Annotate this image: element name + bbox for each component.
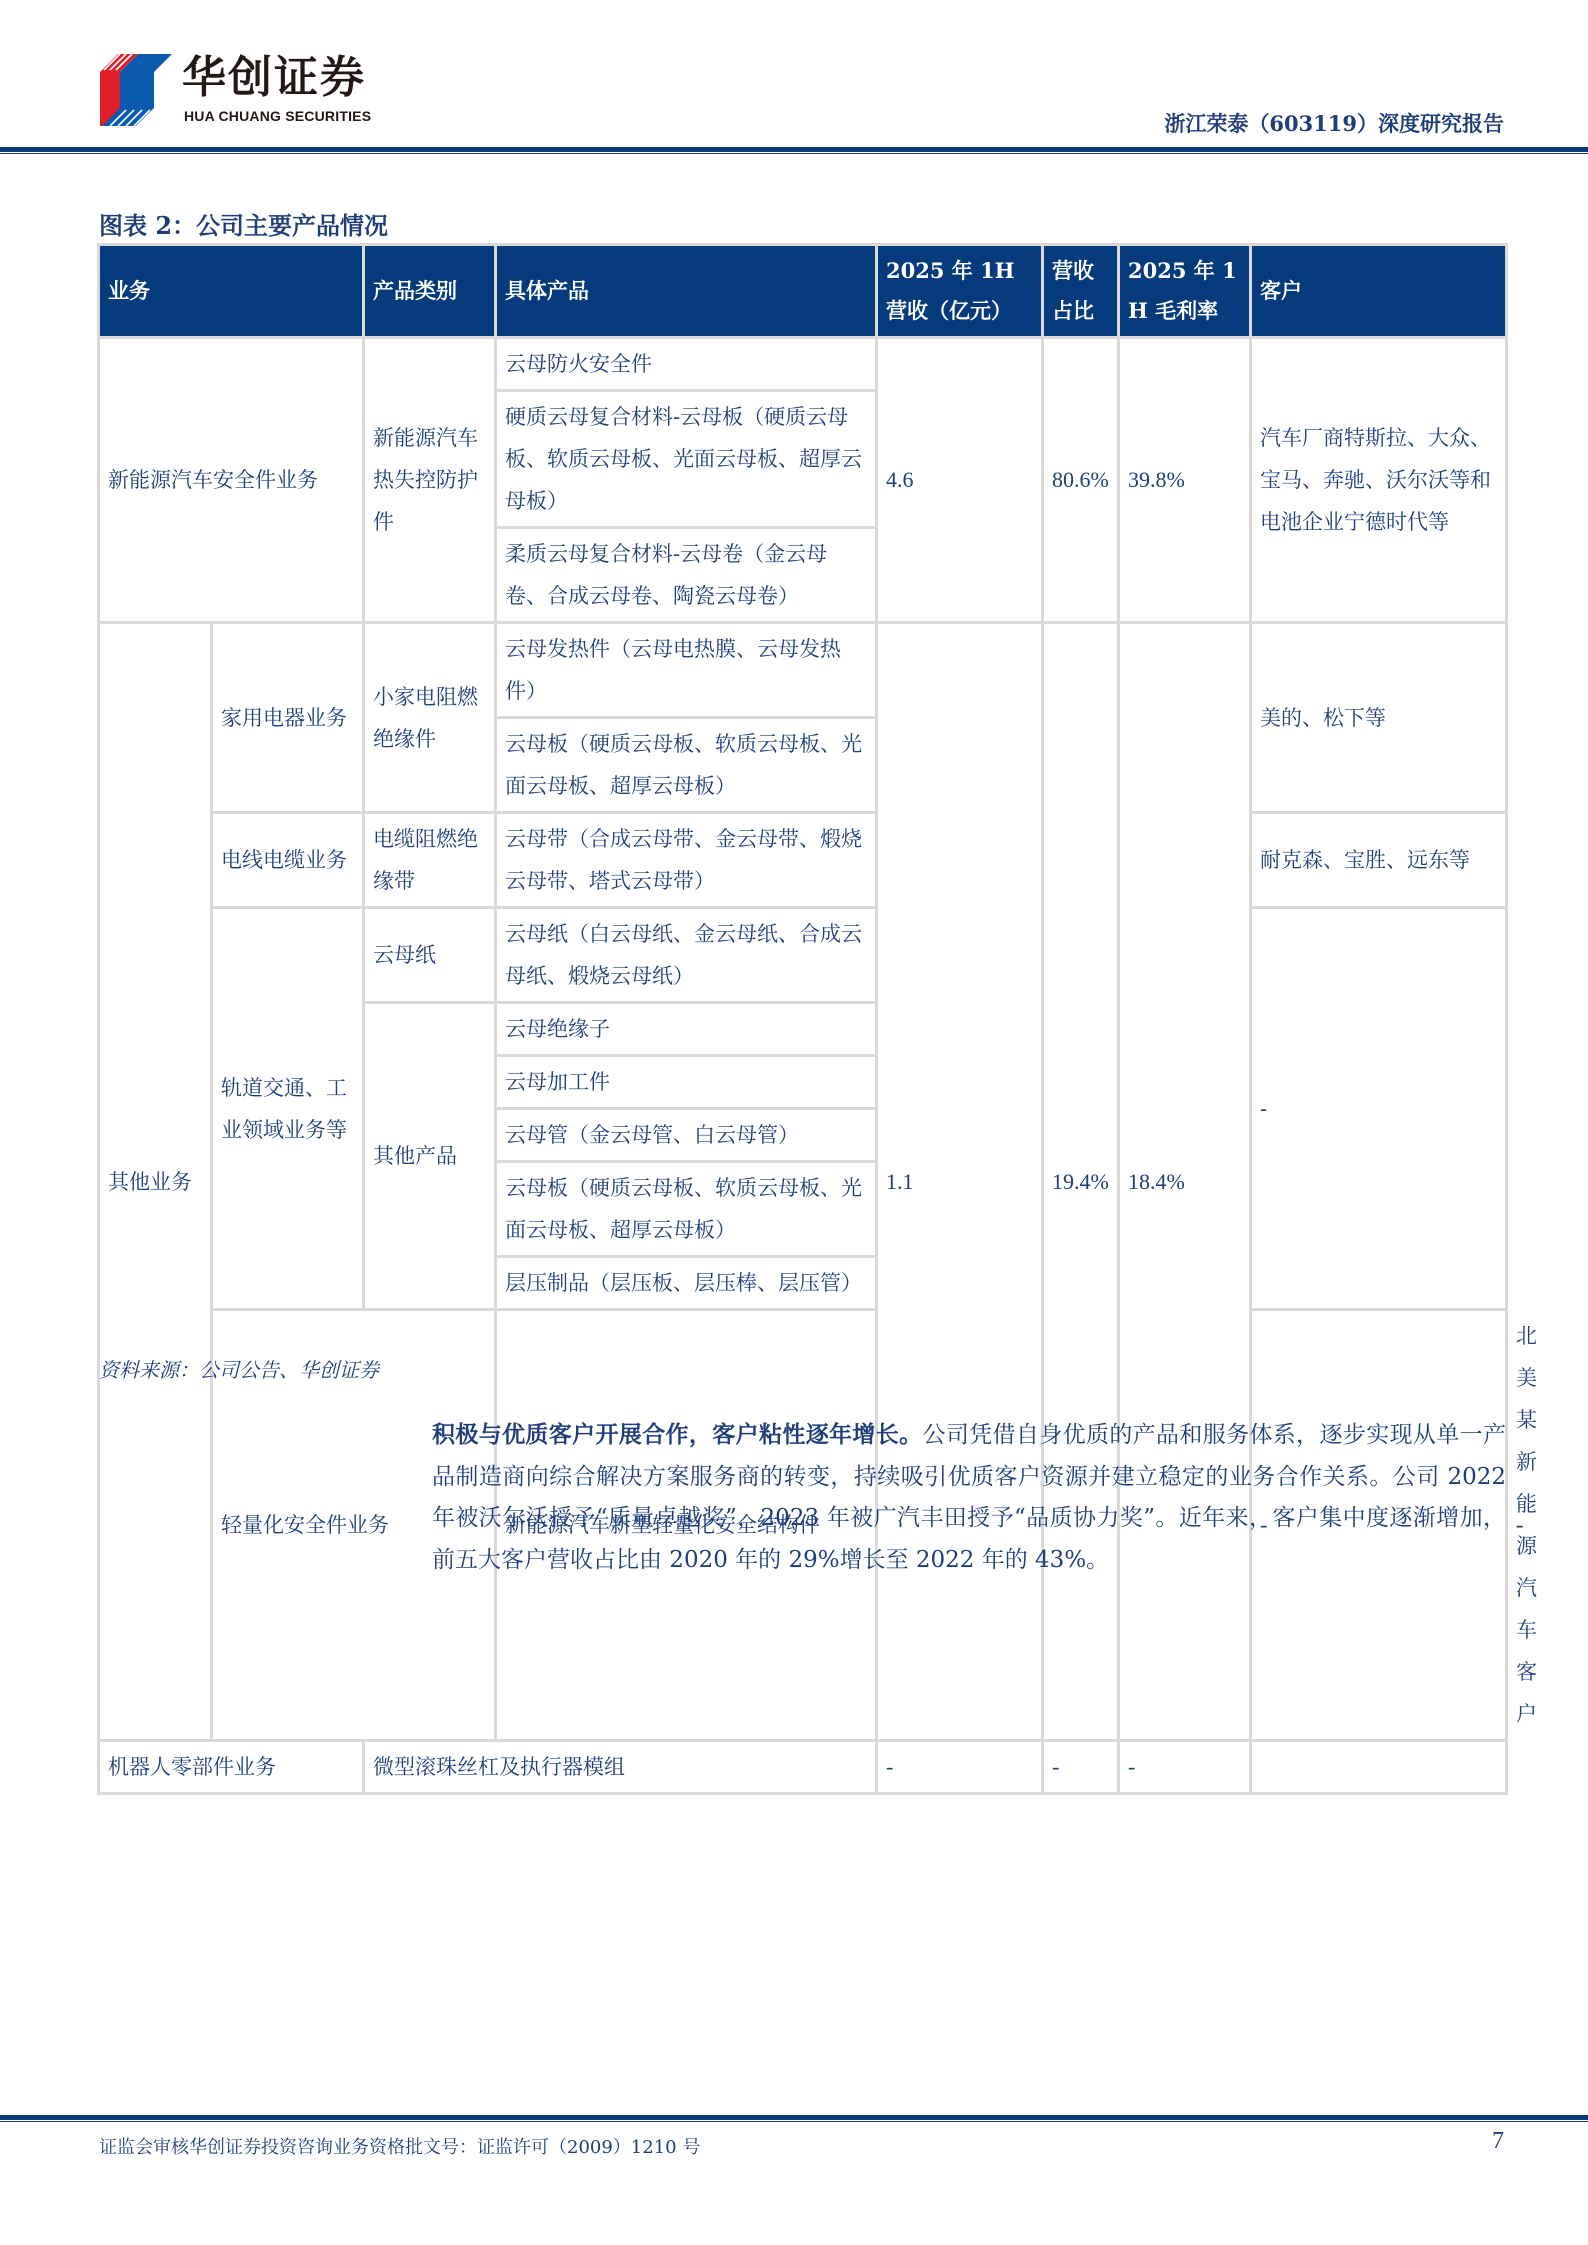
header-margin: 2025 年 1H 毛利率 bbox=[1119, 245, 1251, 338]
cell-customers bbox=[1251, 1741, 1507, 1794]
cell-product: 云母带（合成云母带、金云母带、煅烧云母带、塔式云母带） bbox=[496, 813, 877, 908]
table-row: 其他业务 家用电器业务 小家电阻燃绝缘件 云母发热件（云母电热膜、云母发热件） … bbox=[99, 623, 1507, 718]
cell-business: 机器人零部件业务 bbox=[99, 1741, 364, 1794]
cell-product: 云母防火安全件 bbox=[496, 338, 877, 391]
cell-product: 云母板（硬质云母板、软质云母板、光面云母板、超厚云母板） bbox=[496, 718, 877, 813]
footer-license: 证监会审核华创证券投资咨询业务资格批文号：证监许可（2009）1210 号 bbox=[99, 2133, 700, 2159]
cell-sub-business: 电线电缆业务 bbox=[212, 813, 364, 908]
company-logo: 华创证券 HUA CHUANG SECURITIES bbox=[100, 52, 400, 132]
report-title: 浙江荣泰（603119）深度研究报告 bbox=[1164, 108, 1504, 138]
cell-margin: 39.8% bbox=[1119, 338, 1251, 623]
cell-category: 其他产品 bbox=[364, 1003, 496, 1310]
cell-sub-business: 家用电器业务 bbox=[212, 623, 364, 813]
cell-product: 云母加工件 bbox=[496, 1056, 877, 1109]
header-share: 营收占比 bbox=[1043, 245, 1119, 338]
body-paragraph: 积极与优质客户开展合作，客户粘性逐年增长。公司凭借自身优质的产品和服务体系，逐步… bbox=[432, 1414, 1506, 1581]
header-revenue: 2025 年 1H 营收（亿元） bbox=[877, 245, 1043, 338]
page-header: 华创证券 HUA CHUANG SECURITIES 浙江荣泰（603119）深… bbox=[0, 0, 1588, 160]
figure-title: 图表 2：公司主要产品情况 bbox=[99, 206, 388, 241]
cell-margin: - bbox=[1119, 1741, 1251, 1794]
cell-share: 80.6% bbox=[1043, 338, 1119, 623]
cell-category: 云母纸 bbox=[364, 908, 496, 1003]
page-number: 7 bbox=[1492, 2128, 1504, 2155]
cell-product: 云母绝缘子 bbox=[496, 1003, 877, 1056]
table-header-row: 业务 产品类别 具体产品 2025 年 1H 营收（亿元） 营收占比 2025 … bbox=[99, 245, 1507, 338]
cell-share: - bbox=[1043, 1741, 1119, 1794]
cell-customers: 耐克森、宝胜、远东等 bbox=[1251, 813, 1507, 908]
header-divider bbox=[0, 147, 1588, 152]
header-business: 业务 bbox=[99, 245, 364, 338]
cell-customers: 美的、松下等 bbox=[1251, 623, 1507, 813]
cell-customers: 汽车厂商特斯拉、大众、宝马、奔驰、沃尔沃等和电池企业宁德时代等 bbox=[1251, 338, 1507, 623]
cell-category: 电缆阻燃绝缘带 bbox=[364, 813, 496, 908]
cell-product: 层压制品（层压板、层压棒、层压管） bbox=[496, 1257, 877, 1310]
cell-category: 小家电阻燃绝缘件 bbox=[364, 623, 496, 813]
cell-product: 云母发热件（云母电热膜、云母发热件） bbox=[496, 623, 877, 718]
cell-category: 新能源汽车热失控防护件 bbox=[364, 338, 496, 623]
cell-revenue: - bbox=[877, 1741, 1043, 1794]
cell-product: 柔质云母复合材料-云母卷（金云母卷、合成云母卷、陶瓷云母卷） bbox=[496, 528, 877, 623]
paragraph-lead: 积极与优质客户开展合作，客户粘性逐年增长。 bbox=[432, 1421, 922, 1448]
header-product: 具体产品 bbox=[496, 245, 877, 338]
cell-revenue: 4.6 bbox=[877, 338, 1043, 623]
table-row: 新能源汽车安全件业务 新能源汽车热失控防护件 云母防火安全件 4.6 80.6%… bbox=[99, 338, 1507, 391]
cell-product: 微型滚珠丝杠及执行器模组 bbox=[364, 1741, 877, 1794]
logo-chinese-name: 华创证券 bbox=[182, 52, 366, 104]
logo-cube-icon bbox=[100, 54, 172, 126]
logo-english-name: HUA CHUANG SECURITIES bbox=[184, 108, 371, 124]
cell-sub-business: 轨道交通、工业领域业务等 bbox=[212, 908, 364, 1310]
footer-divider bbox=[0, 2115, 1588, 2120]
header-divider-thin bbox=[0, 153, 1588, 154]
header-category: 产品类别 bbox=[364, 245, 496, 338]
header-customers: 客户 bbox=[1251, 245, 1507, 338]
table-row: 机器人零部件业务 微型滚珠丝杠及执行器模组 - - - bbox=[99, 1741, 1507, 1794]
cell-customers: - bbox=[1251, 908, 1507, 1310]
cell-product: 云母板（硬质云母板、软质云母板、光面云母板、超厚云母板） bbox=[496, 1162, 877, 1257]
figure-source: 资料来源：公司公告、华创证券 bbox=[99, 1354, 379, 1383]
cell-product: 云母管（金云母管、白云母管） bbox=[496, 1109, 877, 1162]
cell-product: 云母纸（白云母纸、金云母纸、合成云母纸、煅烧云母纸） bbox=[496, 908, 877, 1003]
table-row: 轨道交通、工业领域业务等 云母纸 云母纸（白云母纸、金云母纸、合成云母纸、煅烧云… bbox=[99, 908, 1507, 1003]
cell-business: 其他业务 bbox=[99, 623, 212, 1741]
table-row: 电线电缆业务 电缆阻燃绝缘带 云母带（合成云母带、金云母带、煅烧云母带、塔式云母… bbox=[99, 813, 1507, 908]
cell-business: 新能源汽车安全件业务 bbox=[99, 338, 364, 623]
cell-product: 硬质云母复合材料-云母板（硬质云母板、软质云母板、光面云母板、超厚云母板） bbox=[496, 391, 877, 528]
footer-divider-thin bbox=[0, 2121, 1588, 2122]
